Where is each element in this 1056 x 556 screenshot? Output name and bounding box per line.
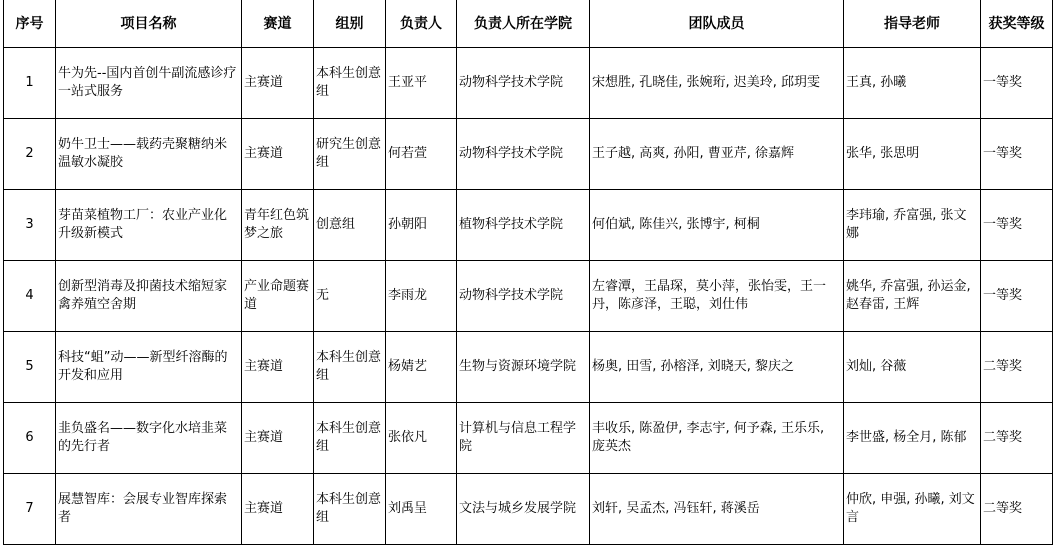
cell-track: 主赛道 [242, 119, 314, 190]
cell-track: 青年红色筑梦之旅 [242, 190, 314, 261]
cell-track: 主赛道 [242, 474, 314, 545]
cell-group: 无 [314, 261, 386, 332]
cell-project-name: 韭负盛名——数字化水培韭菜的先行者 [56, 403, 242, 474]
header-award: 获奖等级 [981, 0, 1053, 48]
header-advisors: 指导老师 [844, 0, 981, 48]
table-row: 6 韭负盛名——数字化水培韭菜的先行者 主赛道 本科生创意组 张依凡 计算机与信… [4, 403, 1053, 474]
cell-leader: 张依凡 [386, 403, 457, 474]
cell-group: 创意组 [314, 190, 386, 261]
cell-no: 6 [4, 403, 56, 474]
cell-award: 二等奖 [981, 403, 1053, 474]
cell-members: 杨奥, 田雪, 孙榕泽, 刘晓天, 黎庆之 [590, 332, 844, 403]
table-row: 1 牛为先--国内首创牛副流感诊疗一站式服务 主赛道 本科生创意组 王亚平 动物… [4, 48, 1053, 119]
cell-leader: 李雨龙 [386, 261, 457, 332]
cell-project-name: 科技“蛆”动——新型纤溶酶的开发和应用 [56, 332, 242, 403]
cell-no: 7 [4, 474, 56, 545]
cell-leader: 王亚平 [386, 48, 457, 119]
cell-advisors: 刘灿, 谷薇 [844, 332, 981, 403]
cell-members: 何伯斌, 陈佳兴, 张博宇, 柯桐 [590, 190, 844, 261]
cell-track: 主赛道 [242, 332, 314, 403]
cell-track: 产业命题赛道 [242, 261, 314, 332]
cell-award: 一等奖 [981, 261, 1053, 332]
cell-project-name: 奶牛卫士——载药壳聚糖纳米温敏水凝胶 [56, 119, 242, 190]
cell-group: 研究生创意组 [314, 119, 386, 190]
cell-college: 生物与资源环境学院 [457, 332, 590, 403]
awards-table: 序号 项目名称 赛道 组别 负责人 负责人所在学院 团队成员 指导老师 获奖等级… [3, 0, 1053, 545]
cell-leader: 何若萱 [386, 119, 457, 190]
table-row: 3 芽苗菜植物工厂：农业产业化升级新模式 青年红色筑梦之旅 创意组 孙朝阳 植物… [4, 190, 1053, 261]
header-no: 序号 [4, 0, 56, 48]
cell-award: 一等奖 [981, 190, 1053, 261]
cell-college: 计算机与信息工程学院 [457, 403, 590, 474]
cell-advisors: 王真, 孙曦 [844, 48, 981, 119]
cell-leader: 孙朝阳 [386, 190, 457, 261]
header-members: 团队成员 [590, 0, 844, 48]
cell-members: 丰收乐, 陈盈伊, 李志宇, 何予森, 王乐乐, 庞英杰 [590, 403, 844, 474]
cell-members: 王子越, 高爽, 孙阳, 曹亚芹, 徐嘉辉 [590, 119, 844, 190]
cell-members: 刘轩, 吴孟杰, 冯钰轩, 蒋溪岳 [590, 474, 844, 545]
cell-track: 主赛道 [242, 403, 314, 474]
header-track: 赛道 [242, 0, 314, 48]
header-project-name: 项目名称 [56, 0, 242, 48]
cell-project-name: 创新型消毒及抑菌技术缩短家禽养殖空舍期 [56, 261, 242, 332]
cell-award: 一等奖 [981, 119, 1053, 190]
cell-award: 二等奖 [981, 474, 1053, 545]
cell-members: 宋想胜, 孔晓佳, 张婉珩, 迟美玲, 邱玥雯 [590, 48, 844, 119]
cell-leader: 刘禹呈 [386, 474, 457, 545]
table-row: 4 创新型消毒及抑菌技术缩短家禽养殖空舍期 产业命题赛道 无 李雨龙 动物科学技… [4, 261, 1053, 332]
cell-advisors: 李世盛, 杨全月, 陈郁 [844, 403, 981, 474]
cell-advisors: 仲欣, 申强, 孙曦, 刘文言 [844, 474, 981, 545]
cell-project-name: 牛为先--国内首创牛副流感诊疗一站式服务 [56, 48, 242, 119]
cell-no: 4 [4, 261, 56, 332]
cell-no: 5 [4, 332, 56, 403]
cell-college: 植物科学技术学院 [457, 190, 590, 261]
cell-track: 主赛道 [242, 48, 314, 119]
header-college: 负责人所在学院 [457, 0, 590, 48]
cell-college: 动物科学技术学院 [457, 48, 590, 119]
cell-group: 本科生创意组 [314, 332, 386, 403]
cell-advisors: 张华, 张思明 [844, 119, 981, 190]
cell-no: 2 [4, 119, 56, 190]
cell-members: 左睿潭，王晶琛，莫小萍，张怡雯，王一丹，陈彦泽，王聪，刘仕伟 [590, 261, 844, 332]
cell-project-name: 芽苗菜植物工厂：农业产业化升级新模式 [56, 190, 242, 261]
header-leader: 负责人 [386, 0, 457, 48]
header-row: 序号 项目名称 赛道 组别 负责人 负责人所在学院 团队成员 指导老师 获奖等级 [4, 0, 1053, 48]
cell-college: 文法与城乡发展学院 [457, 474, 590, 545]
cell-advisors: 姚华, 乔富强, 孙运金, 赵春雷, 王辉 [844, 261, 981, 332]
header-group: 组别 [314, 0, 386, 48]
cell-college: 动物科学技术学院 [457, 119, 590, 190]
cell-no: 1 [4, 48, 56, 119]
cell-award: 二等奖 [981, 332, 1053, 403]
cell-group: 本科生创意组 [314, 474, 386, 545]
cell-project-name: 展慧智库：会展专业智库探索者 [56, 474, 242, 545]
table-row: 2 奶牛卫士——载药壳聚糖纳米温敏水凝胶 主赛道 研究生创意组 何若萱 动物科学… [4, 119, 1053, 190]
cell-advisors: 李玮瑜, 乔富强, 张文娜 [844, 190, 981, 261]
cell-no: 3 [4, 190, 56, 261]
cell-college: 动物科学技术学院 [457, 261, 590, 332]
cell-leader: 杨婧艺 [386, 332, 457, 403]
cell-award: 一等奖 [981, 48, 1053, 119]
table-row: 7 展慧智库：会展专业智库探索者 主赛道 本科生创意组 刘禹呈 文法与城乡发展学… [4, 474, 1053, 545]
cell-group: 本科生创意组 [314, 48, 386, 119]
cell-group: 本科生创意组 [314, 403, 386, 474]
table-row: 5 科技“蛆”动——新型纤溶酶的开发和应用 主赛道 本科生创意组 杨婧艺 生物与… [4, 332, 1053, 403]
